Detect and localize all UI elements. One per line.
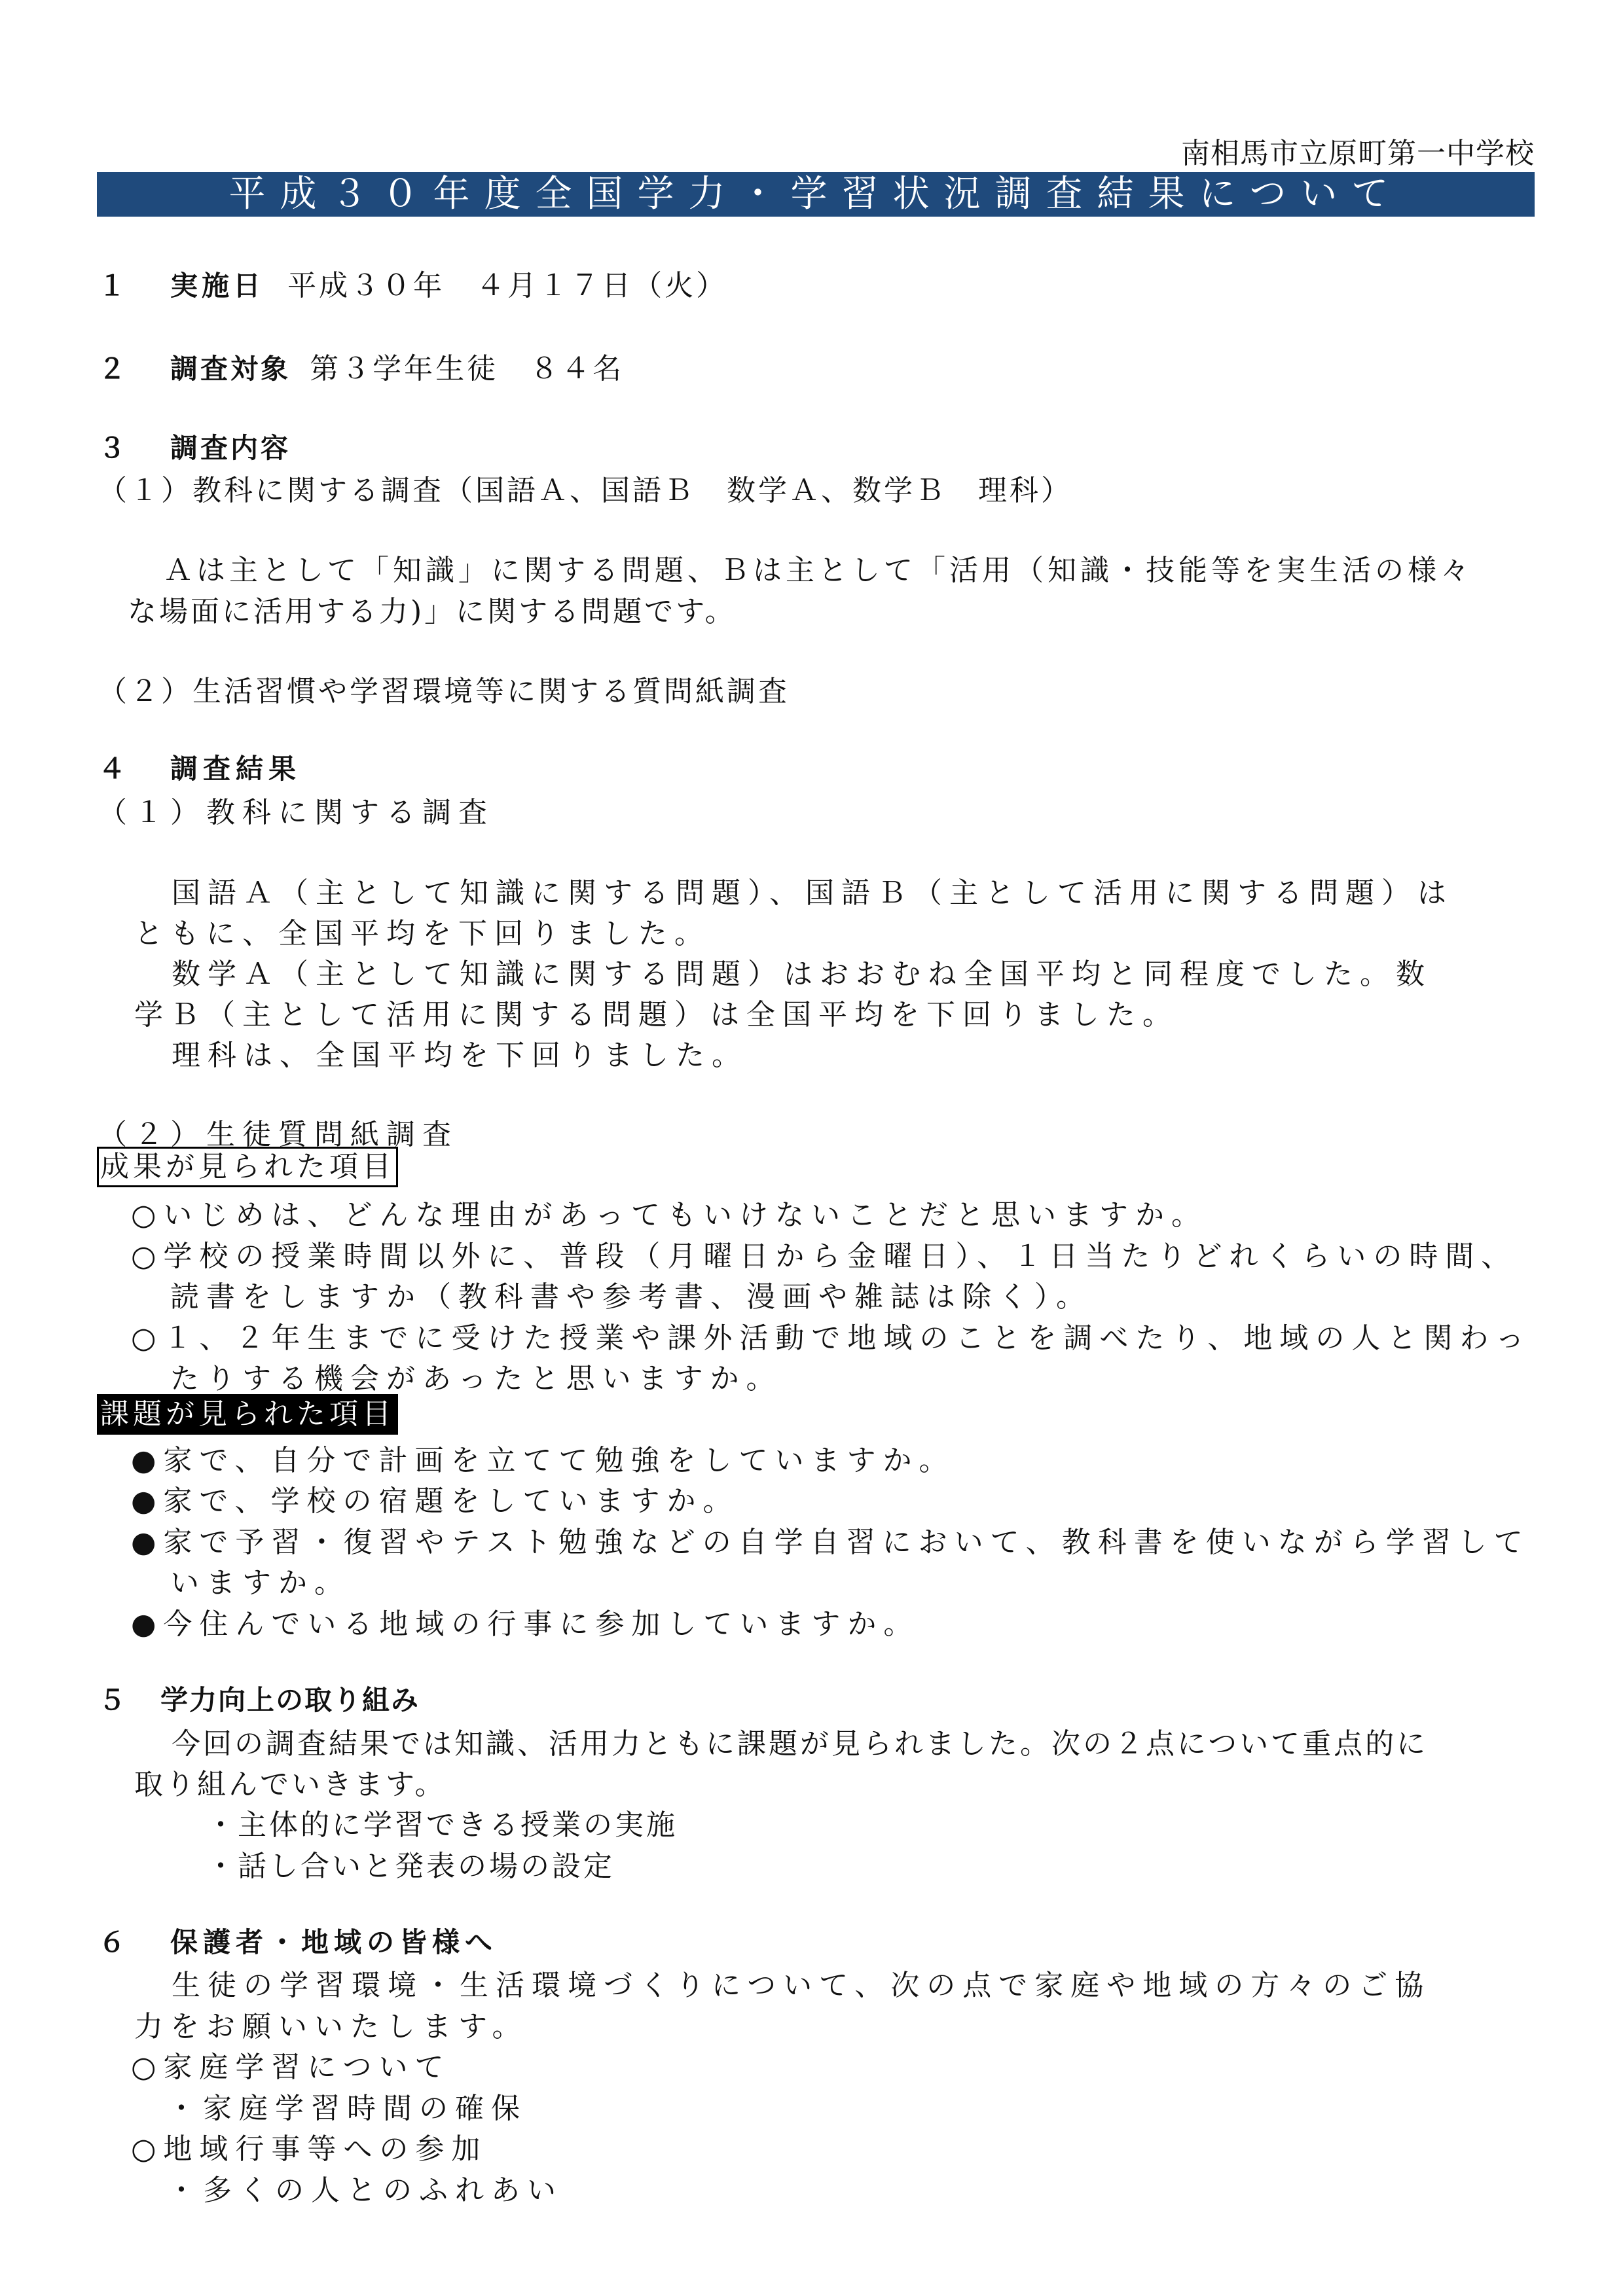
note-line-2: な場面に活用する力)」に関する問題です。 bbox=[128, 588, 737, 630]
date-value: 平成３０年 ４月１７日（火） bbox=[287, 269, 727, 302]
section-4-heading: ４調査結果 bbox=[98, 747, 301, 787]
document-title: 平成３０年度全国学力・学習状況調査結果について bbox=[229, 176, 1403, 213]
issue-item: ●家で、学校の宿題をしていますか。 bbox=[131, 1477, 739, 1519]
initiative-point: ・主体的に学習できる授業の実施 bbox=[206, 1801, 678, 1843]
section-number: １ bbox=[98, 264, 170, 304]
issue-item: ●家で、自分で計画を立てて勉強をしていますか。 bbox=[131, 1437, 955, 1479]
subsection-1: （１）教科に関する調査 bbox=[98, 789, 494, 831]
section-5-heading: ５学力向上の取り組み bbox=[98, 1679, 420, 1718]
target-value: 第３学年生徒 ８４名 bbox=[310, 352, 624, 386]
positive-item-cont: 読書をしますか（教科書や参考書、漫画や雑誌は除く）。 bbox=[170, 1273, 1092, 1315]
school-name: 南相馬市立原町第一中学校 bbox=[1181, 130, 1535, 171]
request-community-title: ○地域行事等への参加 bbox=[131, 2125, 487, 2167]
section-1: １実施日 平成３０年 ４月１７日（火） bbox=[98, 262, 727, 304]
section-number: ５ bbox=[98, 1679, 160, 1718]
request-community-point: ・多くの人とのふれあい bbox=[167, 2166, 563, 2208]
result-p1-l2: ともに、全国平均を下回りました。 bbox=[134, 910, 710, 952]
section-2: ２調査対象 第３学年生徒 ８４名 bbox=[98, 345, 624, 387]
request-p-l1: 生徒の学習環境・生活環境づくりについて、次の点で家庭や地域の方々のご協 bbox=[172, 1962, 1431, 2003]
section-6-heading: ６保護者・地域の皆様へ bbox=[98, 1921, 498, 1960]
positive-items-label: 成果が見られた項目 bbox=[97, 1147, 398, 1187]
section-3-heading: ３調査内容 bbox=[98, 427, 291, 466]
result-p1-l1: 国語Ａ（主として知識に関する問題）、国語Ｂ（主として活用に関する問題）は bbox=[172, 869, 1453, 911]
section-number: ２ bbox=[98, 348, 170, 387]
survey-item-1: （１）教科に関する調査（国語Ａ、国語Ｂ 数学Ａ、数学Ｂ 理科） bbox=[98, 467, 1072, 509]
section-heading: 学力向上の取り組み bbox=[160, 1684, 420, 1716]
section-number: ４ bbox=[98, 747, 170, 787]
positive-item: ○いじめは、どんな理由があってもいけないことだと思いますか。 bbox=[131, 1191, 1207, 1233]
issue-item-cont: いますか。 bbox=[170, 1559, 350, 1601]
issue-item: ●今住んでいる地域の行事に参加していますか。 bbox=[131, 1600, 919, 1642]
title-banner: 平成３０年度全国学力・学習状況調査結果について bbox=[97, 172, 1535, 217]
initiatives-p-l2: 取り組んでいきます。 bbox=[134, 1761, 446, 1803]
section-number: ３ bbox=[98, 427, 170, 466]
initiatives-p-l1: 今回の調査結果では知識、活用力ともに課題が見られました。次の２点について重点的に bbox=[172, 1720, 1428, 1762]
section-heading: 調査対象 bbox=[170, 353, 291, 385]
section-heading: 実施日 bbox=[170, 270, 264, 302]
survey-item-2: （２）生活習慣や学習環境等に関する質問紙調査 bbox=[98, 668, 790, 709]
initiative-point: ・話し合いと発表の場の設定 bbox=[206, 1842, 615, 1884]
note-line-1: Ａは主として「知識」に関する問題、Ｂは主として「活用（知識・技能等を実生活の様々 bbox=[164, 547, 1473, 588]
result-p3: 理科は、全国平均を下回りました。 bbox=[172, 1031, 748, 1073]
section-heading: 調査内容 bbox=[170, 432, 291, 464]
section-heading: 調査結果 bbox=[170, 753, 301, 785]
issue-items-label: 課題が見られた項目 bbox=[97, 1394, 398, 1435]
request-home-title: ○家庭学習について bbox=[131, 2043, 451, 2085]
section-heading: 保護者・地域の皆様へ bbox=[170, 1926, 498, 1958]
positive-item-cont: たりする機会があったと思いますか。 bbox=[170, 1355, 782, 1397]
positive-item: ○１、２年生までに受けた授業や課外活動で地域のことを調べたり、地域の人と関わっ bbox=[131, 1314, 1531, 1356]
issue-item: ●家で予習・復習やテスト勉強などの自学自習において、教科書を使いながら学習して bbox=[131, 1518, 1530, 1560]
request-p-l2: 力をお願いいたします。 bbox=[134, 2003, 528, 2045]
result-p2-l1: 数学Ａ（主として知識に関する問題）はおおむね全国平均と同程度でした。数 bbox=[172, 950, 1432, 992]
section-number: ６ bbox=[98, 1921, 170, 1960]
request-home-point: ・家庭学習時間の確保 bbox=[167, 2085, 527, 2126]
result-p2-l2: 学Ｂ（主として活用に関する問題）は全国平均を下回りました。 bbox=[134, 991, 1178, 1033]
positive-item: ○学校の授業時間以外に、普段（月曜日から金曜日）、１日当たりどれくらいの時間、 bbox=[131, 1232, 1517, 1274]
